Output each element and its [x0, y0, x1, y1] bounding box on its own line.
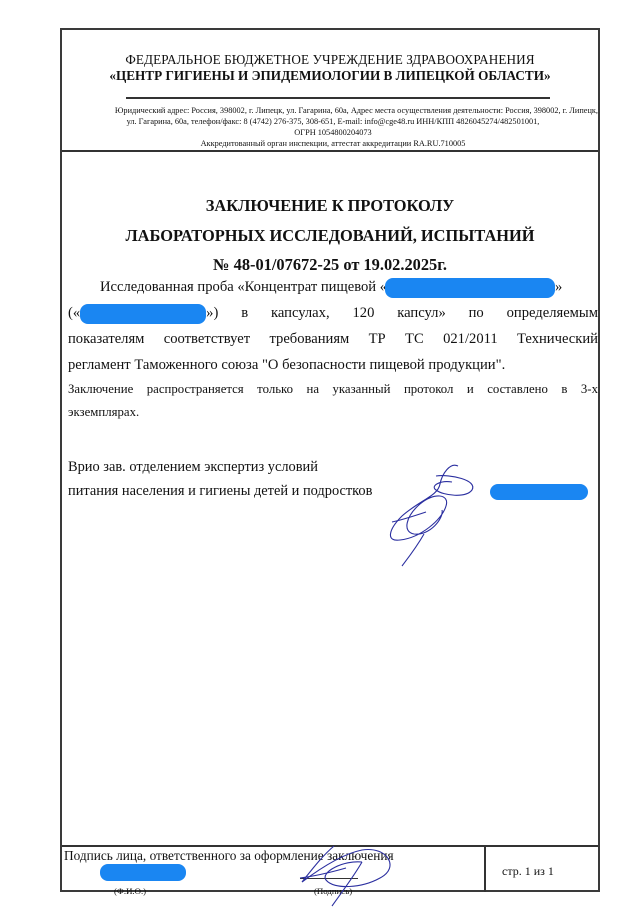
address-line2: ул. Гагарина, 60а, телефон/факс: 8 (4742… — [66, 116, 600, 127]
redacted-product-brand — [80, 304, 206, 324]
handwritten-signature — [380, 460, 480, 570]
address-line1: Юридический адрес: Россия, 398002, г. Ли… — [66, 105, 600, 116]
header-divider — [126, 97, 550, 99]
para-line4: регламент Таможенного союза "О безопасно… — [68, 352, 598, 378]
footer-vertical-divider — [484, 845, 486, 892]
redacted-signer-name — [490, 484, 588, 500]
para-line2: («») в капсулах, 120 капсул» по определя… — [68, 300, 598, 326]
document-frame: ФЕДЕРАЛЬНОЕ БЮДЖЕТНОЕ УЧРЕЖДЕНИЕ ЗДРАВОО… — [60, 28, 600, 892]
redacted-product-name — [385, 278, 555, 298]
note-line2: экземплярах. — [68, 401, 598, 423]
doc-title-line1: ЗАКЛЮЧЕНИЕ К ПРОТОКОЛУ — [62, 196, 598, 216]
org-name-line1: ФЕДЕРАЛЬНОЕ БЮДЖЕТНОЕ УЧРЕЖДЕНИЕ ЗДРАВОО… — [62, 52, 598, 68]
page-number: стр. 1 из 1 — [502, 864, 554, 879]
footer-signature — [292, 842, 402, 911]
doc-title-line2: ЛАБОРАТОРНЫХ ИССЛЕДОВАНИЙ, ИСПЫТАНИЙ — [62, 226, 598, 246]
para-line1: Исследованная проба «Концентрат пищевой … — [68, 274, 598, 300]
header-bottom-rule — [62, 150, 598, 152]
org-name-line2: «ЦЕНТР ГИГИЕНЫ И ЭПИДЕМИОЛОГИИ В ЛИПЕЦКО… — [62, 68, 598, 84]
address-line3: ОГРН 1054800204073 — [66, 127, 600, 138]
redacted-responsible-name — [100, 864, 186, 881]
address-block: Юридический адрес: Россия, 398002, г. Ли… — [66, 105, 600, 149]
para-line3: показателям соответствует требованиям ТР… — [68, 326, 598, 352]
protocol-number: № 48-01/07672-25 от 19.02.2025г. — [62, 255, 598, 275]
fio-caption: (Ф.И.О.) — [114, 886, 146, 896]
signer-position-line2: питания населения и гигиены детей и подр… — [68, 480, 372, 502]
signer-position-line1: Врио зав. отделением экспертиз условий — [68, 456, 318, 478]
accreditation-line: Аккредитованный орган инспекции, аттеста… — [66, 138, 600, 149]
note-line1: Заключение распространяется только на ук… — [68, 378, 598, 400]
